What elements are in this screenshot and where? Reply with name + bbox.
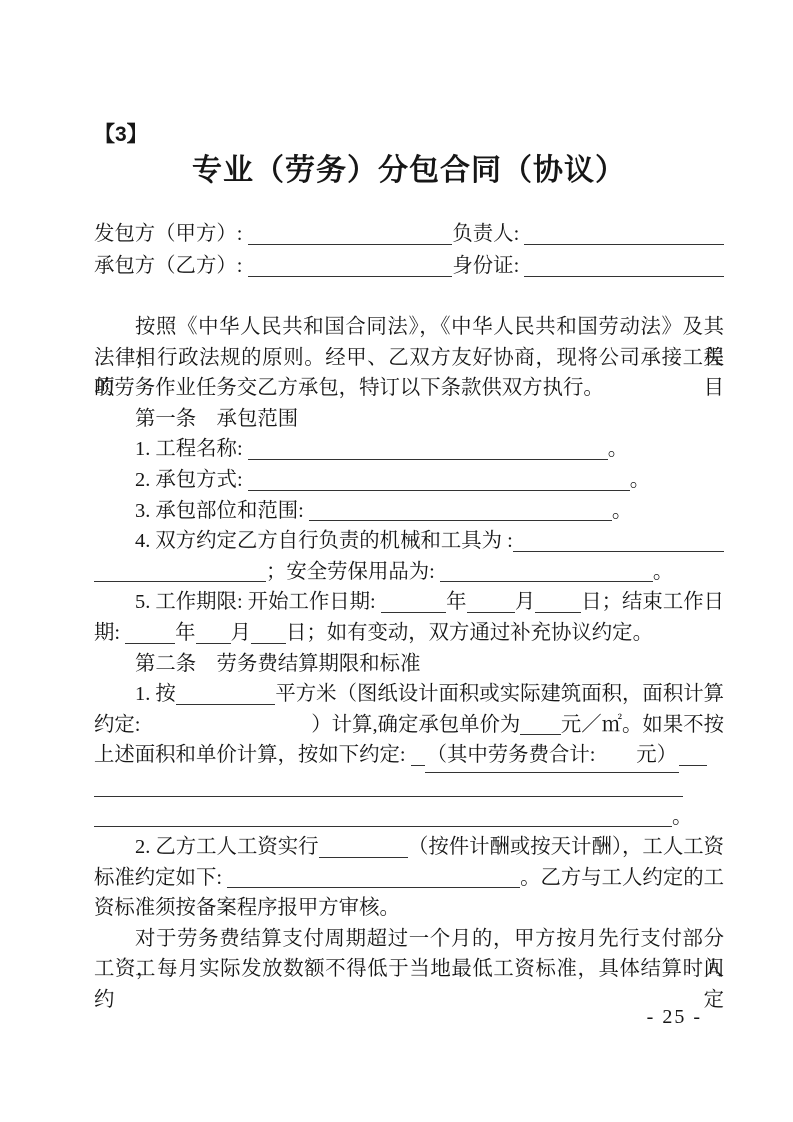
text-segment: 年 — [175, 618, 195, 649]
text-segment: 3. 承包部位和范围: — [135, 496, 309, 527]
text-segment: 标准约定如下: — [94, 863, 227, 894]
party-row-employer: 发包方（甲方）: 负责人: — [94, 218, 724, 250]
text-segment: 。 — [653, 557, 673, 588]
text-segment: ）计算,确定承包单价为 — [311, 710, 520, 741]
text-segment: 身份证: — [452, 250, 524, 282]
blank-field — [248, 276, 453, 277]
blank-field — [319, 857, 408, 858]
text-line: 期: 年月日；如有变动，双方通过补充协议约定。 — [94, 618, 724, 649]
blank-field — [248, 459, 608, 460]
text-line: 2. 承包方式: 。 — [94, 465, 724, 496]
blank-field — [94, 581, 266, 582]
blank-field — [513, 551, 724, 552]
text-segment: 月 — [231, 618, 251, 649]
blank-field — [94, 796, 683, 797]
text-segment: 。 — [630, 465, 650, 496]
party-row-contractor: 承包方（乙方）: 身份证: — [94, 250, 724, 282]
text-line: 2. 乙方工人工资实行（按件计酬或按天计酬），工人工资 — [94, 832, 724, 863]
blank-field — [248, 244, 453, 245]
doc-tag: 【3】 — [94, 124, 724, 146]
contract-body: 按照《中华人民共和国合同法》，《中华人民共和国劳动法》及其相关法律，行政法规的原… — [94, 312, 724, 985]
text-line: 。 — [94, 802, 724, 833]
blank-field — [125, 643, 175, 644]
blank-field — [411, 765, 425, 766]
text-segment: 。乙方与工人约定的工 — [520, 863, 724, 894]
document-page: 【3】 专业（劳务）分包合同（协议） 发包方（甲方）: 负责人: 承包方（乙方）… — [0, 0, 793, 1122]
parties-section: 发包方（甲方）: 负责人: 承包方（乙方）: 身份证: — [94, 218, 724, 282]
text-segment: 2. 承包方式: — [135, 465, 248, 496]
text-line: ；安全劳保用品为: 。 — [94, 557, 724, 588]
text-line — [94, 771, 724, 802]
text-segment: ；安全劳保用品为: — [266, 557, 440, 588]
blank-field — [679, 765, 707, 766]
text-segment: 元／㎡。如果不按 — [561, 710, 724, 741]
text-line: 按照《中华人民共和国合同法》，《中华人民共和国劳动法》及其相关 — [94, 312, 724, 343]
blank-field — [381, 612, 446, 613]
blank-field — [520, 734, 561, 735]
text-line: 5. 工作期限: 开始工作日期: 年月日；结束工作日 — [94, 587, 724, 618]
text-segment: 承包方（乙方）: — [94, 250, 248, 282]
text-segment: 1. 按 — [135, 679, 176, 710]
text-segment: 2. 乙方工人工资实行 — [135, 832, 319, 863]
page-number: - 25 - — [647, 1006, 702, 1028]
text-line: 工资，每月实际发放数额不得低于当地最低工资标准，具体结算时间约定 — [94, 954, 724, 985]
blank-field — [227, 887, 520, 888]
text-line: 对于劳务费结算支付周期超过一个月的，甲方按月先行支付部分工人 — [94, 924, 724, 955]
blank-field — [440, 581, 653, 582]
underlined-text: （其中劳务费合计: 元） — [425, 740, 679, 773]
clause-1-heading: 第一条 承包范围 — [94, 404, 724, 435]
text-line: 标准约定如下: 。乙方与工人约定的工 — [94, 863, 724, 894]
text-segment: 5. 工作期限: 开始工作日期: — [135, 587, 381, 618]
text-segment: 4. 双方约定乙方自行负责的机械和工具为 : — [135, 526, 513, 557]
text-segment: 1. 工程名称: — [135, 434, 248, 465]
text-line: 1. 工程名称: 。 — [94, 434, 724, 465]
blank-field — [524, 276, 724, 277]
text-segment: 期: — [94, 618, 125, 649]
blank-field — [524, 244, 724, 245]
text-segment: 年 — [446, 587, 466, 618]
text-segment: 月 — [515, 587, 535, 618]
text-line: 4. 双方约定乙方自行负责的机械和工具为 : — [94, 526, 724, 557]
text-segment: 发包方（甲方）: — [94, 218, 248, 250]
text-segment: 。 — [612, 496, 632, 527]
text-line: 3. 承包部位和范围: 。 — [94, 496, 724, 527]
text-segment: 上述面积和单价计算，按如下约定: — [94, 740, 411, 771]
text-segment: 日；结束工作日 — [581, 587, 724, 618]
blank-field — [94, 826, 672, 827]
blank-field — [248, 490, 630, 491]
text-line: 上述面积和单价计算，按如下约定: （其中劳务费合计: 元） — [94, 740, 724, 771]
clause-2-heading: 第二条 劳务费结算期限和标准 — [94, 649, 724, 680]
text-segment: 。 — [608, 434, 628, 465]
text-segment: 负责人: — [452, 218, 524, 250]
blank-field — [251, 643, 286, 644]
blank-field — [196, 643, 231, 644]
doc-title: 专业（劳务）分包合同（协议） — [94, 154, 724, 188]
text-segment: （按件计酬或按天计酬），工人工资 — [408, 832, 724, 863]
text-line: 约定:）计算,确定承包单价为元／㎡。如果不按 — [94, 710, 724, 741]
text-segment: 日；如有变动，双方通过补充协议约定。 — [286, 618, 653, 649]
blank-field — [176, 704, 276, 705]
text-line: 法律，行政法规的原则。经甲、乙双方友好协商，现将公司承接工程项目 — [94, 343, 724, 374]
blank-field — [309, 520, 612, 521]
text-segment: 约定: — [94, 710, 140, 741]
text-segment: 平方米（图纸设计面积或实际建筑面积，面积计算 — [275, 679, 724, 710]
text-line: 资标准须按备案程序报甲方审核。 — [94, 893, 724, 924]
text-segment: 。 — [672, 802, 692, 833]
blank-field — [467, 612, 515, 613]
blank-field — [535, 612, 581, 613]
text-line: 1. 按平方米（图纸设计面积或实际建筑面积，面积计算 — [94, 679, 724, 710]
